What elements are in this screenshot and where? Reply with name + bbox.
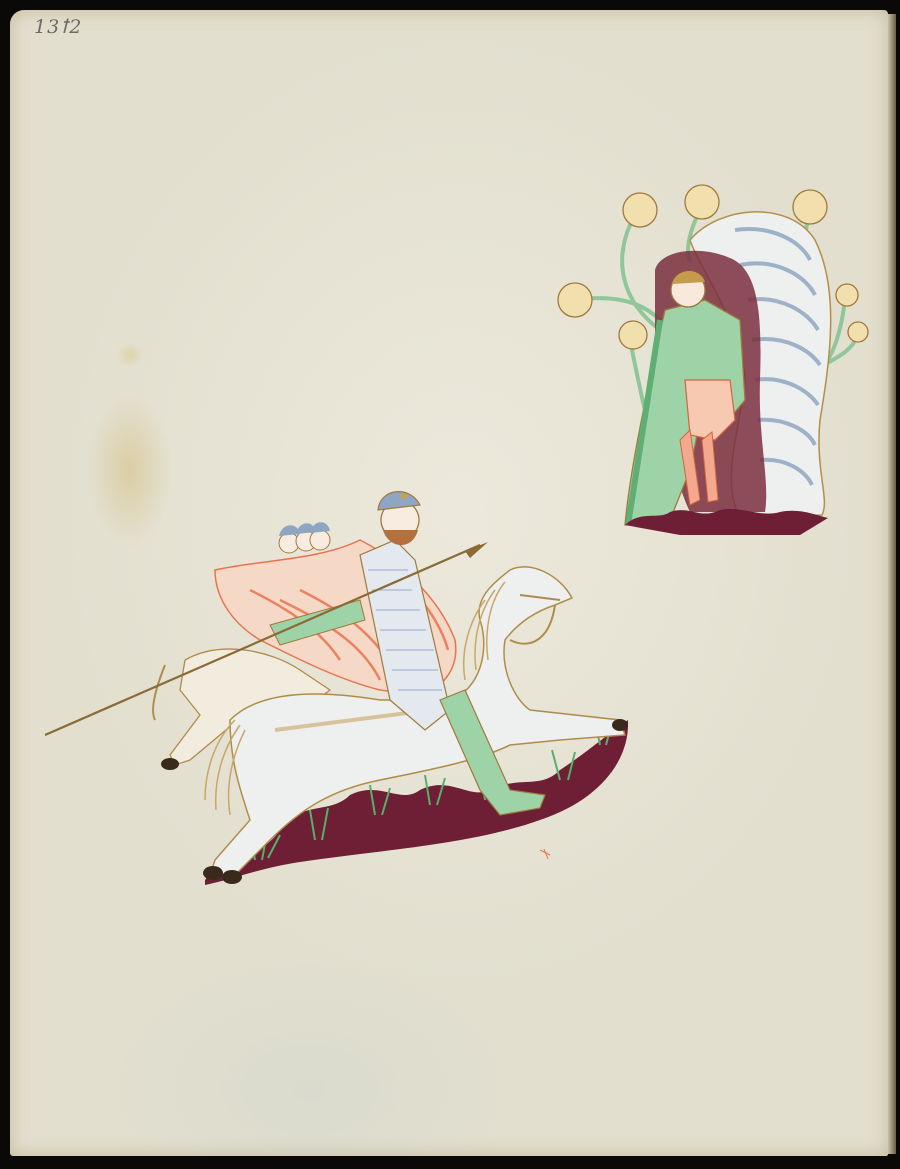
figure-in-cave-illustration: [558, 185, 868, 535]
mounted-warrior-illustration: [45, 492, 628, 885]
stray-mark: [540, 849, 550, 859]
illustrations-layer: [0, 0, 900, 1169]
